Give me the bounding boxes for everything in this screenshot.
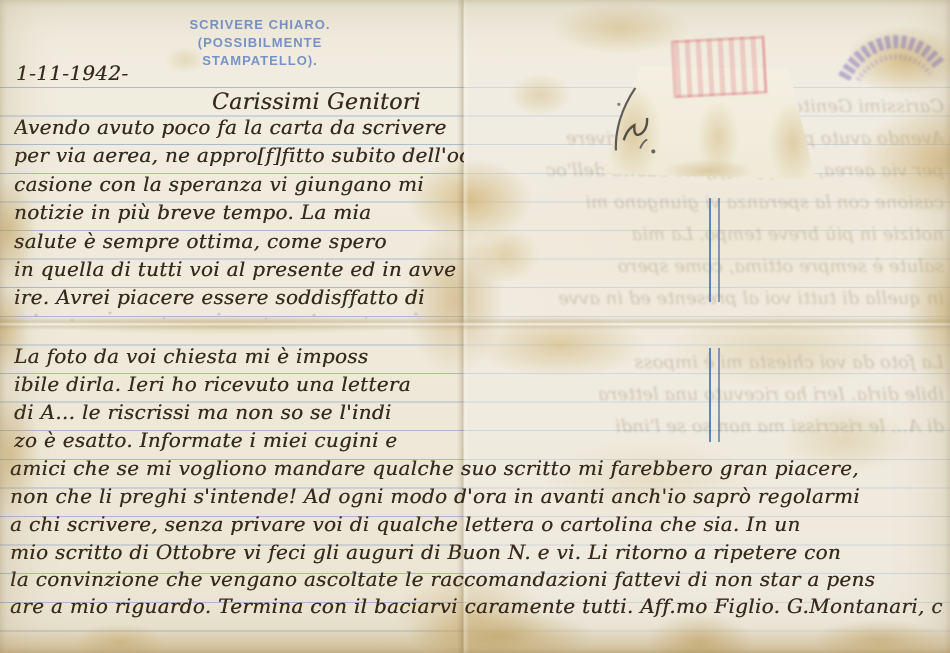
bleed-through-text: in quella di tutti voi al presente ed in…: [472, 288, 944, 314]
printed-instruction-line2: (POSSIBILMENTE STAMPATELLO).: [140, 34, 380, 70]
bleed-through-text: casione con la speranza vi giungano mi: [472, 192, 944, 218]
postmark-purple-icon: [836, 20, 948, 88]
letter-page: Carissimi Genitori Avendo avuto poco fa …: [0, 0, 950, 653]
bleed-through-text: di A... le riscrissi ma non so se l'indi: [472, 416, 944, 442]
letter-line: amici che se mi vogliono mandare qualche…: [10, 455, 944, 481]
blue-double-line: [709, 348, 720, 442]
letter-line: in quella di tutti voi al presente ed in…: [14, 256, 464, 282]
censor-stamp-red: [671, 36, 768, 99]
printed-instruction: SCRIVERE CHIARO. (POSSIBILMENTE STAMPATE…: [140, 16, 380, 70]
letter-line: Avendo avuto poco fa la carta da scriver…: [14, 114, 464, 140]
letter-line: ibile dirla. Ieri ho ricevuto una letter…: [14, 371, 464, 397]
letter-line: non che li preghi s'intende! Ad ogni mod…: [10, 483, 944, 509]
letter-line: zo è esatto. Informate i miei cugini e: [14, 427, 464, 453]
letter-line: casione con la speranza vi giungano mi: [14, 171, 464, 197]
letter-line: notizie in più breve tempo. La mia: [14, 199, 464, 225]
letter-salutation: Carissimi Genitori: [212, 90, 421, 116]
letter-line: per via aerea, ne appro[f]fitto subito d…: [14, 142, 464, 168]
letter-line: La foto da voi chiesta mi è imposs: [14, 343, 464, 369]
bleed-through-text: notizie in più breve tempo. La mia: [472, 224, 944, 250]
bleed-through-text: salute è sempre ottima, come spero: [472, 256, 944, 282]
letter-line: la convinzione che vengano ascoltate le …: [10, 566, 944, 592]
blue-double-line: [709, 198, 720, 302]
damaged-text-line: [14, 306, 444, 326]
letter-date: 1-11-1942-: [16, 60, 128, 86]
letter-line: di A... le riscrissi ma non so se l'indi: [14, 399, 464, 425]
letter-line: mio scritto di Ottobre vi feci gli augur…: [10, 539, 944, 565]
printed-instruction-line1: SCRIVERE CHIARO.: [140, 16, 380, 34]
bleed-through-text: La foto da voi chiesta mi è imposs: [472, 352, 944, 378]
letter-line: salute è sempre ottima, come spero: [14, 228, 464, 254]
letter-line: a chi scrivere, senza privare voi di qua…: [10, 511, 944, 537]
letter-line: are a mio riguardo. Termina con il bacia…: [10, 593, 944, 619]
bleed-through-text: ibile dirla. Ieri ho ricevuto una letter…: [472, 384, 944, 410]
